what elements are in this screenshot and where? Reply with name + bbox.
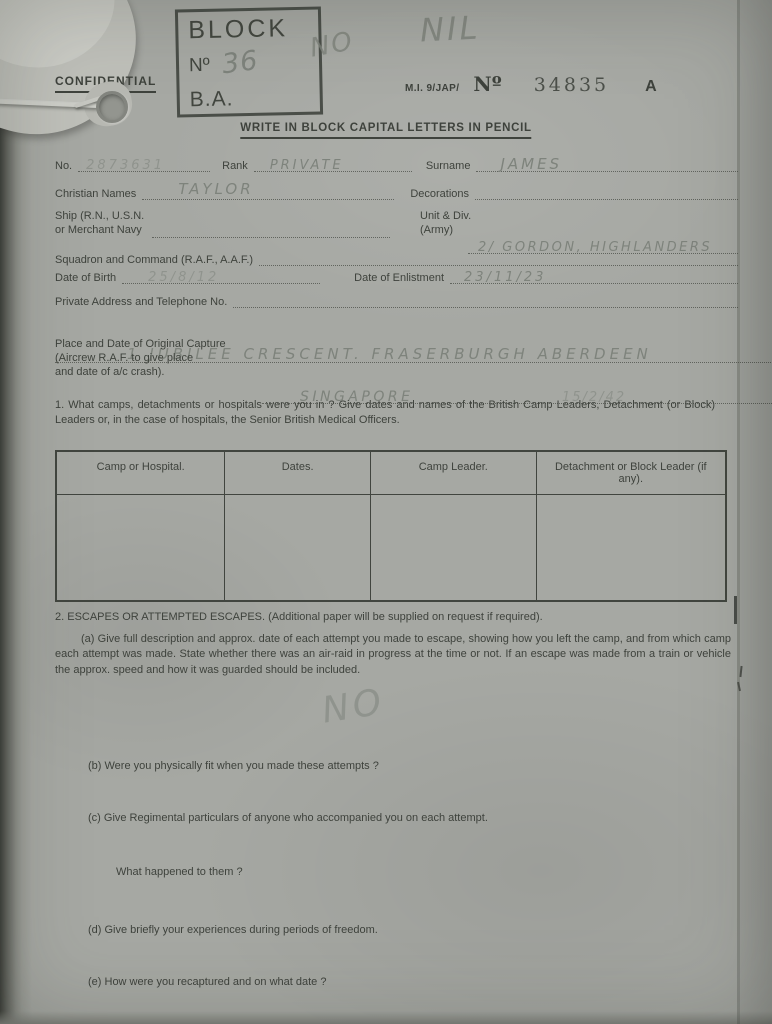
- address-line-1: [233, 292, 738, 308]
- col-header-detachment-leader: Detachment or Block Leader (if any).: [537, 452, 725, 494]
- right-edge-shading: [740, 0, 772, 1024]
- question-2d-text: (d) Give briefly your experiences during…: [88, 924, 378, 936]
- ship-field-line: [152, 222, 390, 238]
- field-row-christian-decorations: Christian Names TAYLOR Decorations: [55, 184, 738, 200]
- col-header-camp-leader: Camp Leader.: [371, 452, 537, 494]
- camps-table: Camp or Hospital. Dates. Camp Leader. De…: [55, 450, 727, 602]
- date-of-enlistment-line: 23/11/23: [450, 268, 738, 284]
- pencil-mark-vertical: [734, 596, 737, 624]
- squadron-line: [259, 250, 738, 266]
- capture-note-1: (Aircrew R.A.F. to give place: [55, 352, 226, 366]
- section-2-heading: 2. ESCAPES OR ATTEMPTED ESCAPES. (Additi…: [55, 610, 723, 625]
- question-2c-text: (c) Give Regimental particulars of anyon…: [88, 812, 488, 824]
- capture-note-2: and date of a/c crash).: [55, 366, 226, 380]
- camps-table-header-row: Camp or Hospital. Dates. Camp Leader. De…: [57, 452, 725, 495]
- address-row: Private Address and Telephone No.: [55, 292, 738, 308]
- dates-row: Date of Birth 25/8/12 Date of Enlistment…: [55, 268, 738, 284]
- christian-names-line: TAYLOR: [142, 184, 394, 200]
- rank-field-label: Rank: [210, 160, 254, 172]
- date-of-birth-label: Date of Birth: [55, 272, 122, 284]
- page-bottom-edge: [0, 1011, 772, 1024]
- stamp-block-number-handwritten: 36: [220, 45, 260, 80]
- surname-field-line: JAMES: [476, 156, 738, 172]
- date-of-birth-handwritten: 25/8/12: [148, 270, 219, 285]
- handwritten-no-annotation: NO: [308, 26, 356, 63]
- empty-cell: [57, 495, 225, 600]
- unit-div-label: Unit & Div. (Army): [420, 210, 471, 238]
- field-row-number-rank-surname: No. 2873631 Rank PRIVATE Surname JAMES: [55, 156, 738, 172]
- escape-answer-handwritten: NO: [319, 681, 388, 731]
- rank-field-line: PRIVATE: [254, 156, 412, 172]
- no-field-label: No.: [55, 160, 78, 172]
- handwritten-nil-annotation: NIL: [419, 8, 481, 49]
- stamp-word-block: BLOCK: [188, 14, 311, 46]
- date-of-enlistment-handwritten: 23/11/23: [464, 270, 546, 285]
- scanned-pow-form-page: BLOCK Nº 36 B.A. NO NIL CONFIDENTIAL M.I…: [0, 0, 772, 1024]
- stamp-no-label: Nº: [189, 54, 210, 76]
- question-1-text: 1. What camps, detachments or hospitals …: [55, 398, 715, 429]
- question-2e-text: (e) How were you recaptured and on what …: [88, 976, 326, 988]
- christian-names-label: Christian Names: [55, 188, 142, 200]
- surname-field-label: Surname: [412, 160, 477, 172]
- christian-names-handwritten: TAYLOR: [178, 180, 253, 198]
- empty-cell: [371, 495, 537, 600]
- surname-handwritten: JAMES: [500, 155, 562, 173]
- decorations-line: [475, 184, 738, 200]
- service-number-handwritten: 2873631: [86, 158, 165, 173]
- capture-label-block: Place and Date of Original Capture (Airc…: [55, 338, 226, 379]
- ref-prefix: M.I. 9/JAP/: [405, 83, 459, 94]
- ref-number-stamped: 34835: [534, 74, 609, 96]
- punch-hole: [96, 91, 128, 123]
- rank-handwritten: PRIVATE: [270, 158, 344, 173]
- form-instruction-title: WRITE IN BLOCK CAPITAL LETTERS IN PENCIL: [240, 122, 531, 139]
- stamp-ba: B.A.: [190, 86, 312, 113]
- date-of-enlistment-label: Date of Enlistment: [354, 272, 450, 284]
- date-of-birth-line: 25/8/12: [122, 268, 320, 284]
- capture-label: Place and Date of Original Capture: [55, 338, 226, 352]
- question-2a-text: (a) Give full description and approx. da…: [55, 632, 731, 678]
- col-header-camp-or-hospital: Camp or Hospital.: [57, 452, 225, 494]
- ref-no-label: Nº: [473, 72, 501, 96]
- page-left-edge: [0, 0, 32, 1024]
- no-field-line: 2873631: [78, 156, 210, 172]
- decorations-label: Decorations: [394, 188, 475, 200]
- question-2b-text: (b) Were you physically fit when you mad…: [88, 760, 379, 772]
- question-2c2-text: What happened to them ?: [116, 866, 243, 878]
- reference-number-row: M.I. 9/JAP/ Nº 34835 A: [405, 72, 657, 96]
- address-label: Private Address and Telephone No.: [55, 296, 233, 308]
- squadron-label: Squadron and Command (R.A.F., A.A.F.): [55, 254, 259, 266]
- ref-suffix-letter: A: [645, 78, 657, 96]
- squadron-row: Squadron and Command (R.A.F., A.A.F.): [55, 250, 738, 266]
- ship-field-label: Ship (R.N., U.S.N. or Merchant Navy: [55, 210, 144, 238]
- empty-cell: [225, 495, 371, 600]
- empty-cell: [537, 495, 725, 600]
- block-number-stamp: BLOCK Nº 36 B.A.: [175, 6, 323, 117]
- camps-table-empty-body: [57, 495, 725, 600]
- col-header-dates: Dates.: [225, 452, 371, 494]
